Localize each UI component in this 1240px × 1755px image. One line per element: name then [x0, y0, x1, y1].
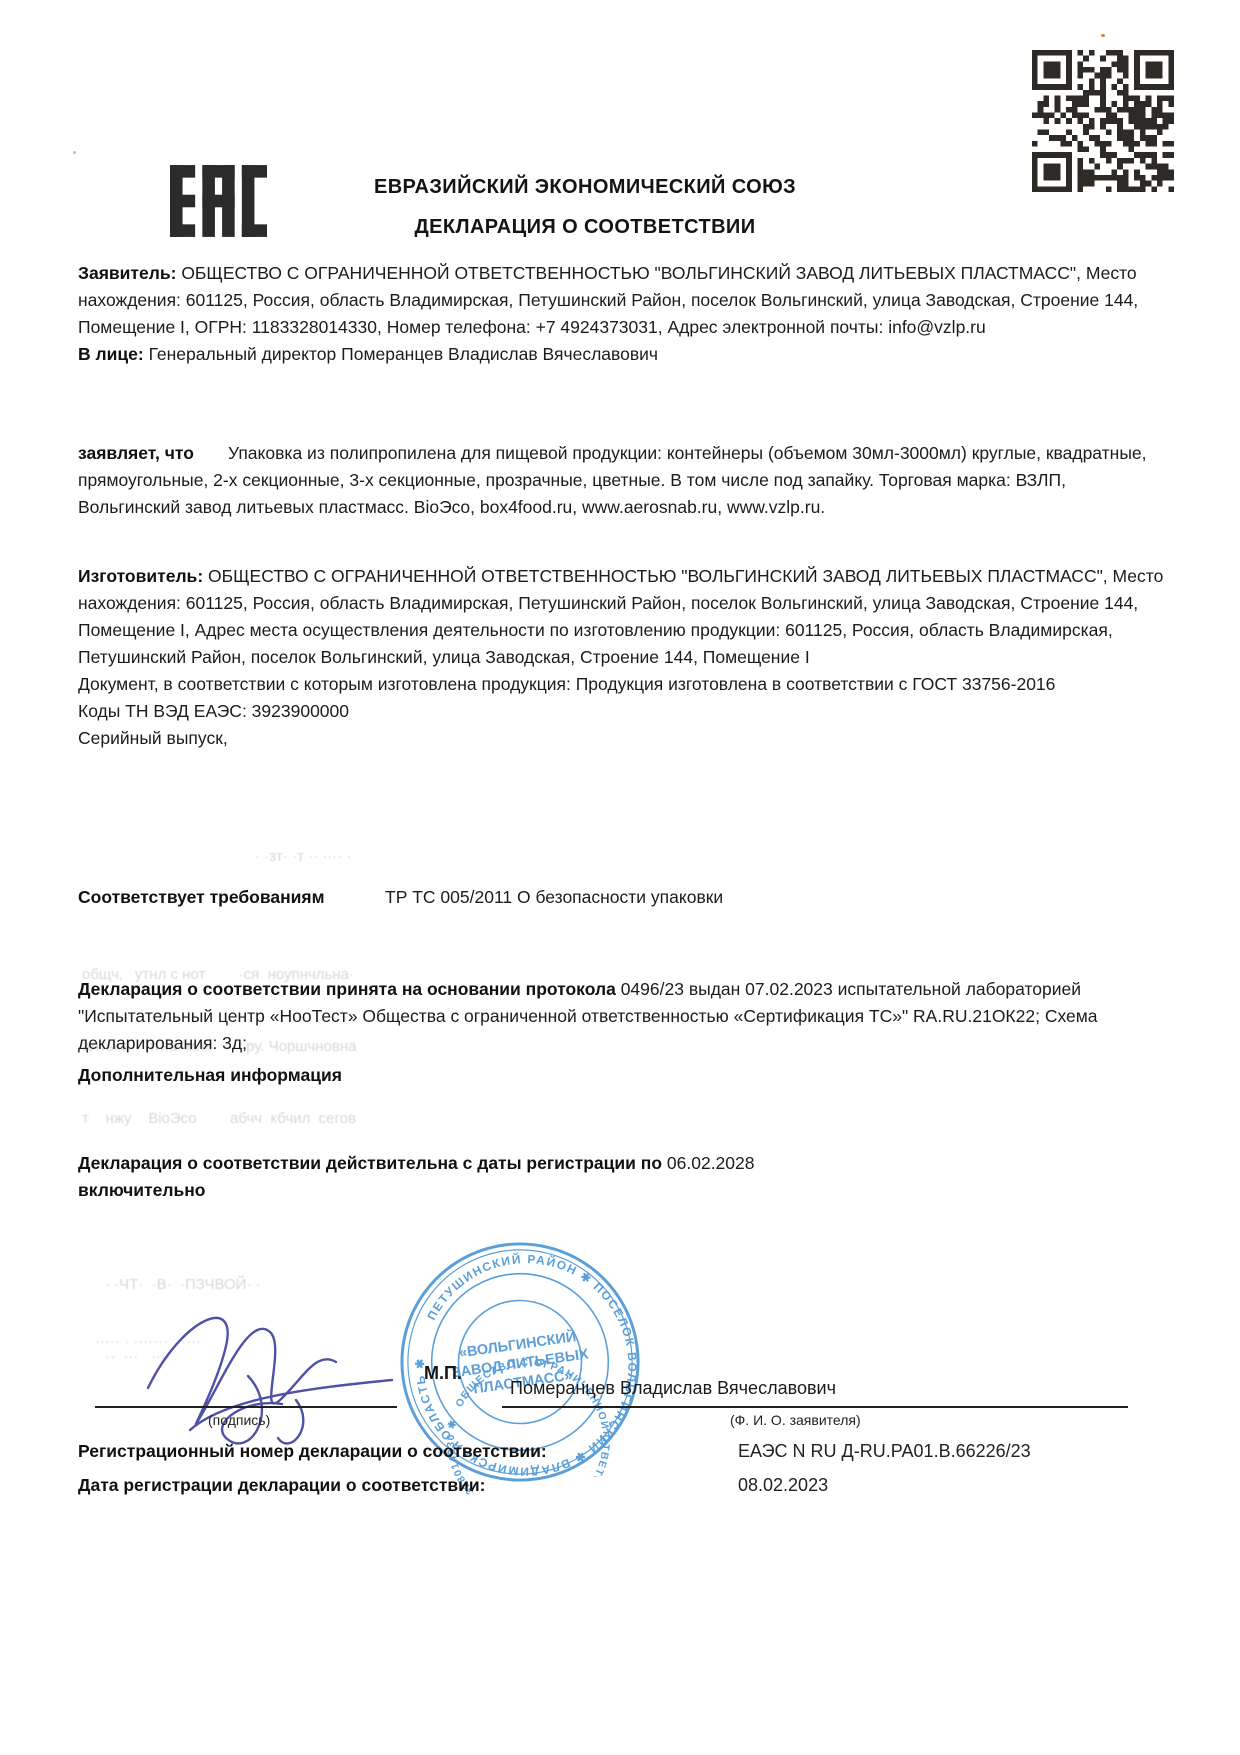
validity-paragraph: Декларация о соответствии действительна …	[78, 1150, 1168, 1204]
applicant-name: Померанцев Владислав Вячеславович	[510, 1378, 836, 1399]
scan-speck	[73, 151, 76, 154]
registration-number-label: Регистрационный номер декларации о соотв…	[78, 1441, 547, 1461]
registration-date-label: Дата регистрации декларации о соответств…	[78, 1475, 486, 1495]
scan-artifact: · ·зт· ·т ·· ···· ·	[255, 845, 351, 869]
registration-date-value: 08.02.2023	[738, 1475, 828, 1496]
registration-number-value: ЕАЭС N RU Д-RU.РА01.В.66226/23	[738, 1441, 1031, 1462]
in-person-label: В лице:	[78, 344, 144, 364]
additional-info-heading: Дополнительная информация	[78, 1062, 1168, 1089]
manufacturer-label: Изготовитель:	[78, 566, 203, 586]
applicant-text: ОБЩЕСТВО С ОГРАНИЧЕННОЙ ОТВЕТСТВЕННОСТЬЮ…	[78, 263, 1138, 337]
qr-code	[1032, 50, 1174, 192]
compliance-text: ТР ТС 005/2011 О безопасности упаковки	[385, 887, 723, 907]
signature	[130, 1280, 420, 1465]
registration-date-row: Дата регистрации декларации о соответств…	[78, 1475, 1168, 1496]
basis-paragraph: Декларация о соответствии принята на осн…	[78, 976, 1168, 1057]
declares-label: заявляет, что	[78, 440, 228, 467]
name-line	[502, 1406, 1128, 1408]
additional-info-label: Дополнительная информация	[78, 1065, 342, 1085]
signature-caption: (подпись)	[208, 1412, 270, 1428]
compliance-label: Соответствует требованиям	[78, 884, 385, 911]
validity-date: 06.02.2028	[667, 1153, 755, 1173]
compliance-line: Соответствует требованиямТР ТС 005/2011 …	[78, 884, 1168, 911]
page-title: ЕВРАЗИЙСКИЙ ЭКОНОМИЧЕСКИЙ СОЮЗ	[78, 176, 1092, 199]
manufacturer-text: ОБЩЕСТВО С ОГРАНИЧЕННОЙ ОТВЕТСТВЕННОСТЬЮ…	[78, 566, 1163, 667]
declaration-paragraph: заявляет, чтоУпаковка из полипропилена д…	[78, 440, 1168, 521]
page-subtitle: ДЕКЛАРАЦИЯ О СООТВЕТСТВИИ	[78, 216, 1092, 239]
declares-text: Упаковка из полипропилена для пищевой пр…	[78, 443, 1147, 517]
scan-speck	[1101, 34, 1105, 37]
customs-codes-line: Коды ТН ВЭД ЕАЭС: 3923900000	[78, 698, 1168, 725]
scan-artifact-line: т нжу ВіоЭсо абчч кбчил сегов	[82, 1107, 356, 1131]
signature-line	[95, 1406, 397, 1408]
basis-label: Декларация о соответствии принята на осн…	[78, 979, 616, 999]
in-person-text: Генеральный директор Померанцев Владисла…	[149, 344, 658, 364]
declaration-document: ЕВРАЗИЙСКИЙ ЭКОНОМИЧЕСКИЙ СОЮЗ ДЕКЛАРАЦИ…	[0, 0, 1240, 1755]
serial-release-line: Серийный выпуск,	[78, 725, 1168, 752]
validity-suffix: включительно	[78, 1180, 205, 1200]
applicant-label: Заявитель:	[78, 263, 176, 283]
applicant-paragraph: Заявитель: ОБЩЕСТВО С ОГРАНИЧЕННОЙ ОТВЕТ…	[78, 260, 1168, 368]
manufacturer-paragraph: Изготовитель: ОБЩЕСТВО С ОГРАНИЧЕННОЙ ОТ…	[78, 563, 1168, 752]
validity-label: Декларация о соответствии действительна …	[78, 1153, 662, 1173]
name-caption: (Ф. И. О. заявителя)	[730, 1412, 861, 1428]
registration-number-row: Регистрационный номер декларации о соотв…	[78, 1441, 1168, 1462]
in-person-line: В лице: Генеральный директор Померанцев …	[78, 341, 1168, 368]
production-document-line: Документ, в соответствии с которым изгот…	[78, 671, 1168, 698]
mp-label: М.П.	[424, 1363, 462, 1384]
